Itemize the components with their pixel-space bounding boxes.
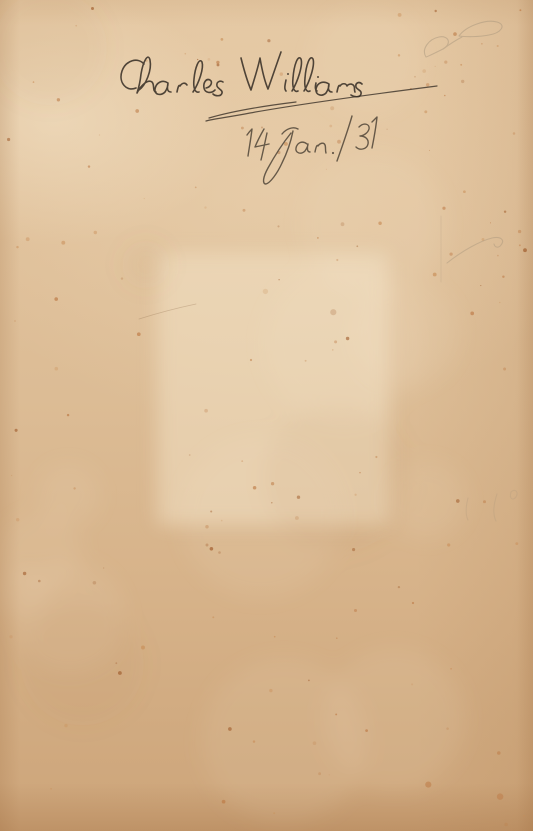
endpaper-photo: Charles Williams [0, 0, 533, 831]
date-inscription: 14 Jan. /31 [247, 116, 377, 184]
pencil-marks-right-faint-icon [466, 490, 517, 521]
inscription-layer: Charles Williams [0, 0, 533, 831]
signature-charles-williams: Charles Williams [121, 52, 362, 97]
date-period-dot [332, 152, 334, 154]
surface-scratch [139, 304, 196, 319]
pencil-scribble-top-right-icon [424, 21, 502, 57]
signature-underline-flourish [206, 86, 437, 121]
signature-i-dots [287, 73, 319, 78]
pencil-mark-mid-right-icon [441, 216, 503, 282]
